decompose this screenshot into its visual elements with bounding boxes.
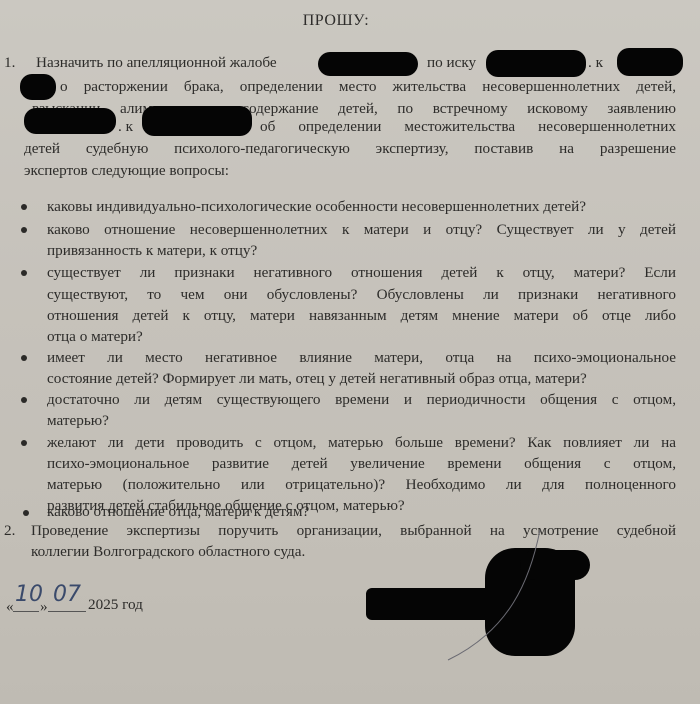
question-line: каковы индивидуально-психологические осо…: [47, 196, 586, 217]
item1-line: о расторжении брака, определении место ж…: [60, 76, 676, 97]
redaction: [20, 74, 56, 100]
question-line: матерью (положительно или отрицательно)?…: [47, 474, 676, 495]
redaction: [617, 48, 683, 76]
bullet: [21, 227, 27, 233]
item1-number: 1.: [4, 52, 15, 73]
item1-line: по иску: [427, 52, 476, 73]
signature-stroke-icon: [440, 520, 570, 670]
question-line: состояние детей? Формирует ли мать, отец…: [47, 368, 587, 389]
item1-line: . к: [588, 52, 603, 73]
bullet: [21, 204, 27, 210]
item1-line: детей судебную психолого-педагогическую …: [24, 138, 676, 159]
item1-line: экспертов следующие вопросы:: [24, 160, 229, 181]
date-day-handwritten: 10: [15, 582, 43, 607]
date-open-quote: «: [6, 596, 14, 617]
question-line: каково отношение отца, матери к детям?: [47, 501, 309, 522]
item1-line: Назначить по апелляционной жалобе: [36, 52, 277, 73]
item2-line: Проведение экспертизы поручить организац…: [31, 520, 676, 541]
question-line: отца о матери?: [47, 326, 143, 347]
redaction: [486, 50, 586, 77]
question-line: отношения детей к отцу, матери навязанны…: [47, 305, 676, 326]
redaction: [318, 52, 418, 76]
bullet: [21, 270, 27, 276]
question-line: желают ли дети проводить с отцом, матерь…: [47, 432, 676, 453]
date-month-underline: [48, 611, 86, 612]
redaction: [142, 106, 252, 136]
question-line: имеет ли место негативное влияние матери…: [47, 347, 676, 368]
item2-line: коллегии Волгоградского областного суда.: [31, 541, 305, 562]
document-heading: ПРОШУ:: [0, 12, 672, 30]
item1-line: об определении местожительства несоверше…: [260, 116, 676, 137]
item1-line: . к: [118, 116, 133, 137]
document-page: ПРОШУ: 1. Назначить по апелляционной жал…: [0, 0, 700, 704]
bullet: [21, 440, 27, 446]
bullet: [21, 355, 27, 361]
item2-number: 2.: [4, 520, 15, 541]
question-line: матерью?: [47, 410, 109, 431]
date-close-quote: »: [40, 596, 48, 617]
date-month-handwritten: 07: [53, 582, 81, 607]
date-day-underline: [13, 611, 39, 612]
date-year: 2025 год: [88, 594, 143, 615]
question-line: существуют, то чем они обусловлены? Обус…: [47, 284, 676, 305]
question-line: психо-эмоциональное развитие детей увели…: [47, 453, 676, 474]
question-line: достаточно ли детям существующего времен…: [47, 389, 676, 410]
bullet: [21, 397, 27, 403]
question-line: каково отношение несовершеннолетних к ма…: [47, 219, 676, 240]
question-line: существует ли признаки негативного отнош…: [47, 262, 676, 283]
redaction: [24, 108, 116, 134]
question-line: привязанность к матери, к отцу?: [47, 240, 257, 261]
bullet: [23, 510, 29, 516]
